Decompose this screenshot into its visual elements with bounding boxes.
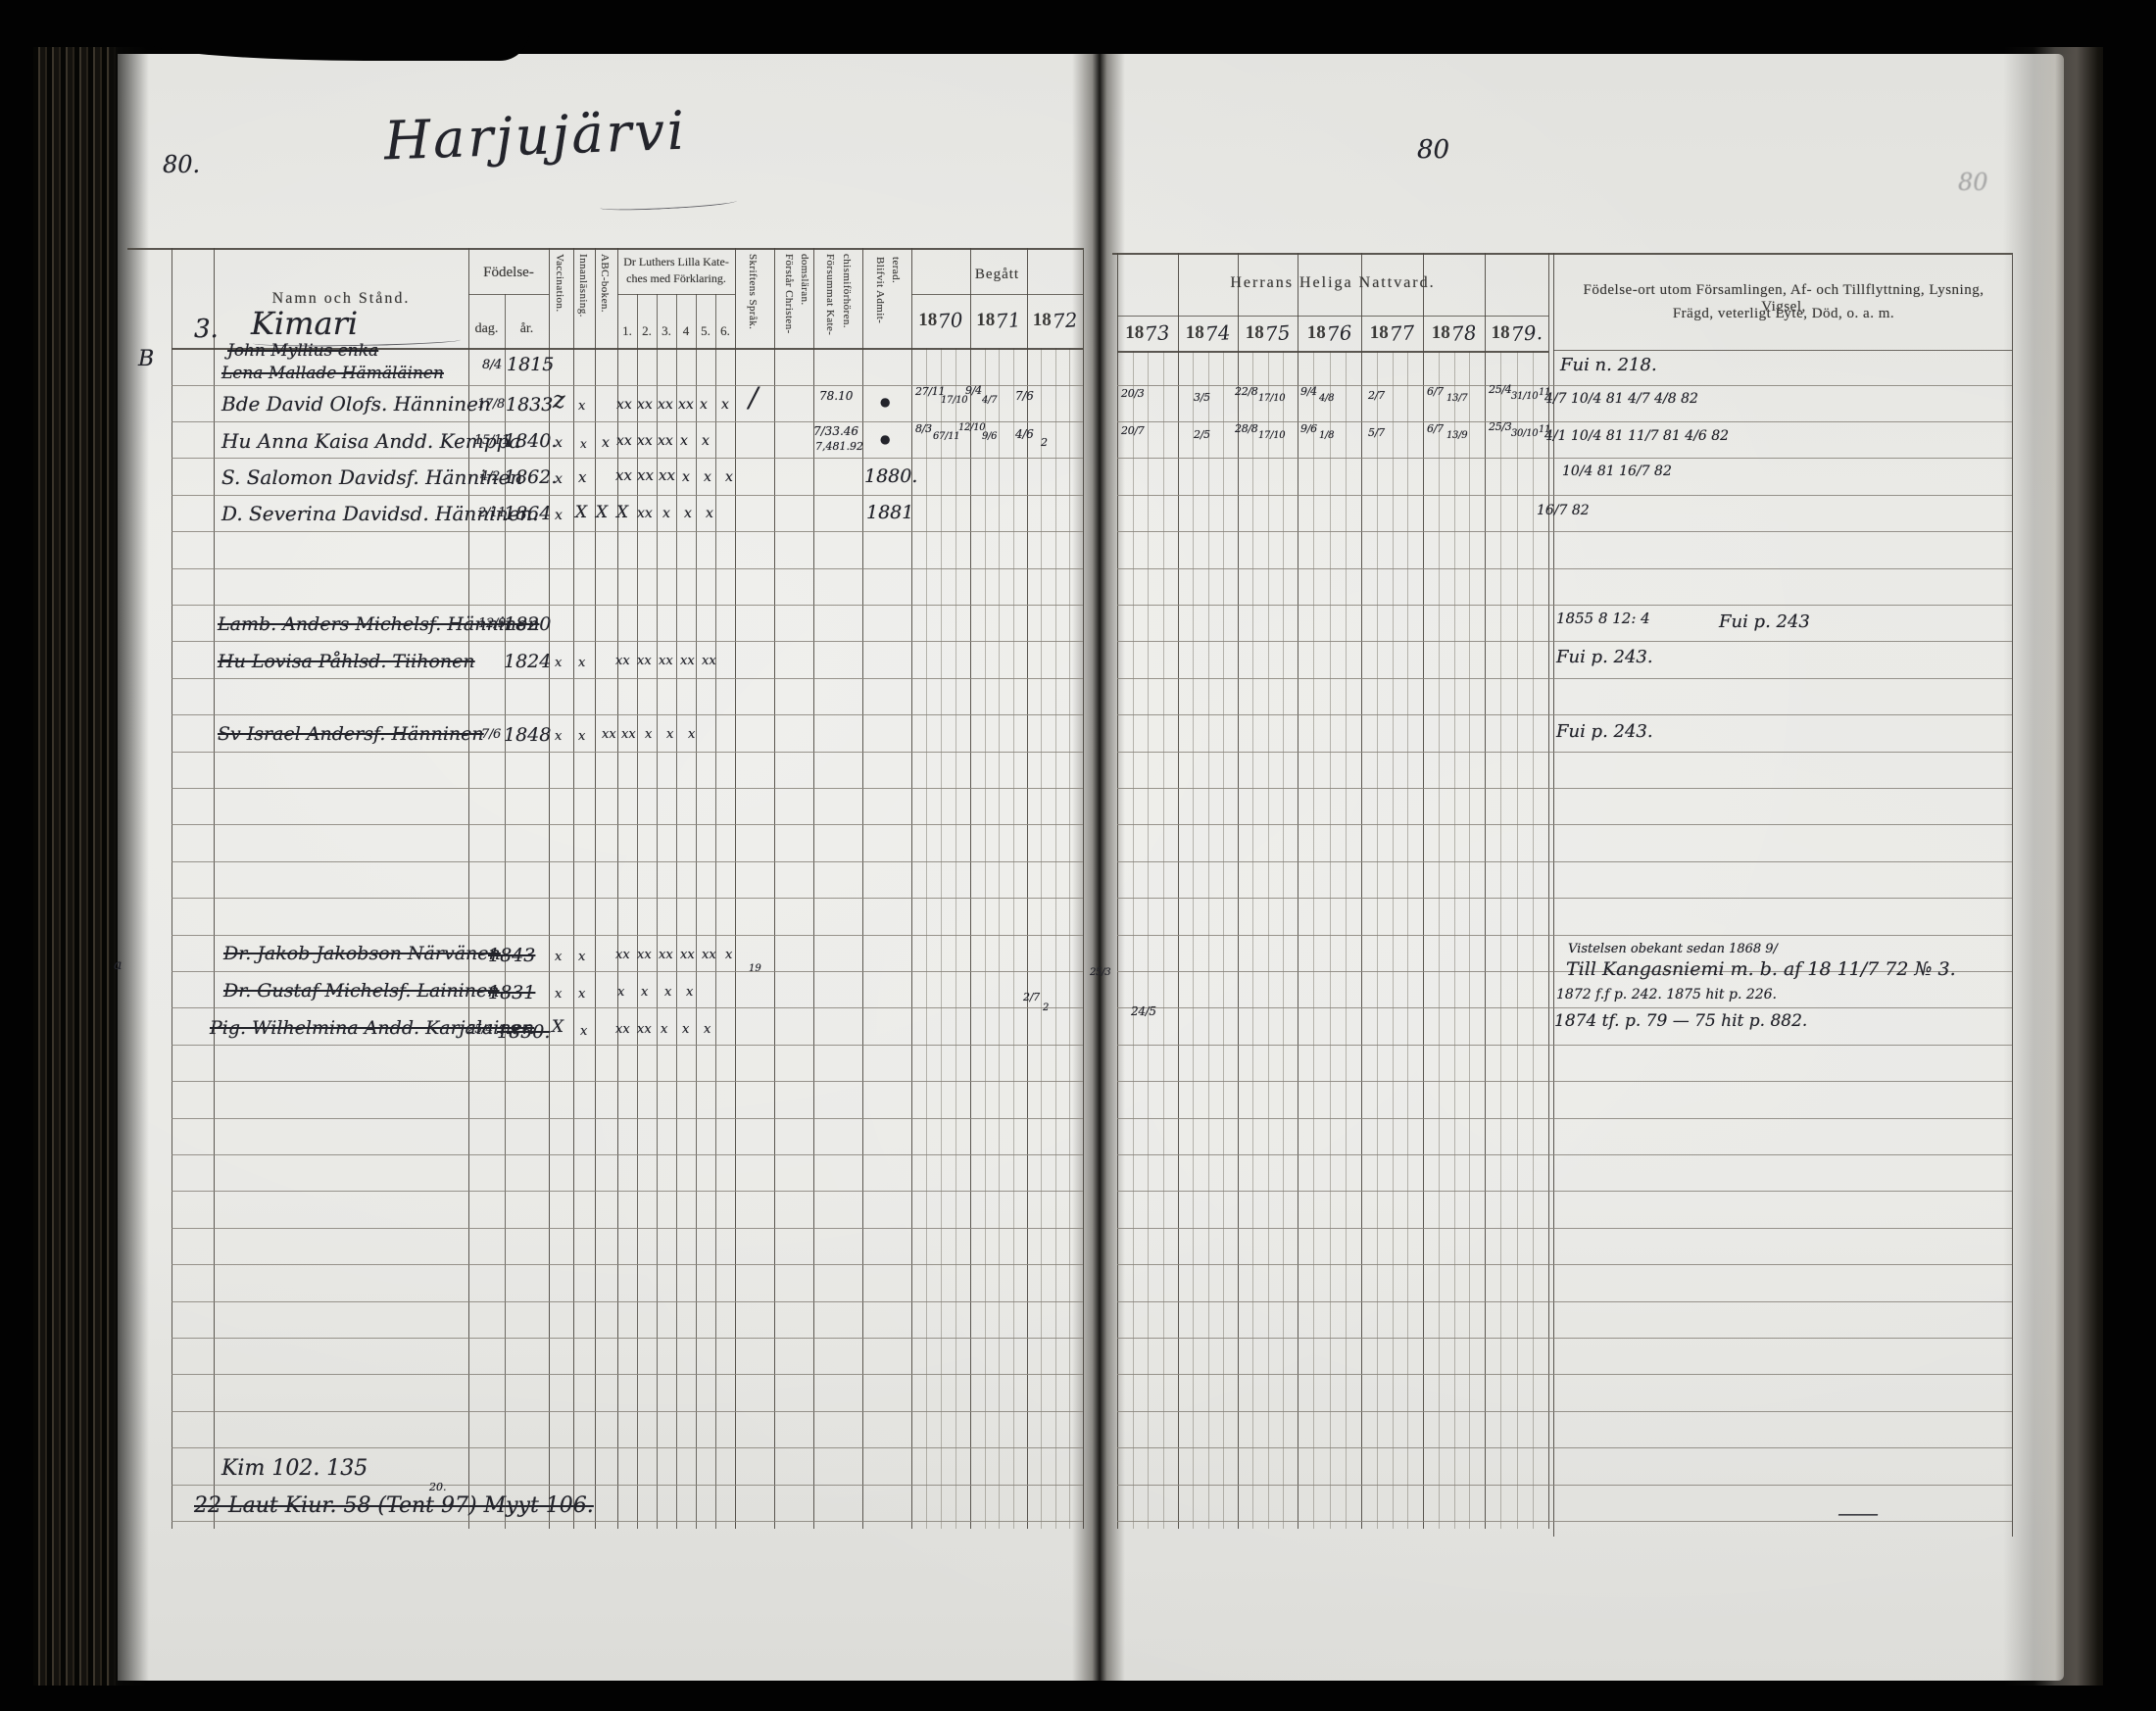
handwritten-name-row: S. Salomon Davidsf. Hänninen bbox=[221, 467, 522, 487]
grid-line bbox=[1117, 1338, 2012, 1339]
handwritten-name-row: Dr. Gustaf Michelsf. Laininen bbox=[223, 982, 499, 1001]
handwritten-mark: 2/7 bbox=[1368, 390, 1385, 401]
handwritten-note: 4/7 10/4 81 4/7 4/8 82 bbox=[1544, 392, 1698, 406]
grid-line bbox=[171, 1081, 1083, 1082]
grid-line bbox=[1268, 351, 1269, 1529]
col-header-forstar-2: domsläran. bbox=[799, 254, 810, 346]
year-printed-prefix: 18 bbox=[918, 310, 937, 331]
grid-line bbox=[171, 678, 1083, 679]
handwritten-mark: 1820 bbox=[504, 615, 551, 634]
year-header: 1879. bbox=[1485, 318, 1548, 349]
col-header-forstar-1: Förstår Christen- bbox=[783, 254, 795, 346]
handwritten-mark: x bbox=[725, 470, 733, 484]
handwritten-admitted-year: 1880. bbox=[864, 467, 917, 486]
grid-line bbox=[1133, 351, 1134, 1529]
grid-line bbox=[1117, 351, 1548, 353]
handwritten-mark: 20/3 bbox=[1121, 388, 1145, 399]
year-handwritten-suffix: 79. bbox=[1510, 320, 1543, 346]
handwritten-mark: 17/10 bbox=[941, 396, 967, 406]
handwritten-mark: 30/10 bbox=[1511, 429, 1538, 439]
handwritten-name-row: Hu Lovisa Påhlsd. Tiihonen bbox=[218, 653, 475, 671]
handwritten-mark: x bbox=[721, 398, 729, 412]
handwritten-name-row: Dr. Jakob Jakobson Närvänen bbox=[223, 945, 501, 963]
handwritten-mark: 1831 bbox=[488, 984, 535, 1002]
year-header: 1873 bbox=[1117, 318, 1178, 349]
handwritten-mark: X bbox=[575, 505, 587, 521]
handwritten-mark: 24/5 bbox=[1131, 1005, 1156, 1017]
handwritten-mark: 6/7 bbox=[1427, 423, 1444, 434]
handwritten-mark: xx bbox=[659, 949, 673, 961]
handwritten-bottom-note: Kim 102. 135 bbox=[221, 1458, 367, 1480]
grid-line bbox=[171, 1264, 1083, 1265]
grid-line bbox=[1208, 351, 1209, 1529]
grid-line bbox=[2012, 253, 2013, 1537]
handwritten-margin-letter: a bbox=[114, 958, 122, 972]
handwritten-mark: x bbox=[555, 509, 563, 522]
handwritten-mark: xx bbox=[616, 434, 632, 448]
grid-line bbox=[1117, 531, 2012, 532]
handwritten-mark: x bbox=[664, 986, 671, 999]
grid-line bbox=[911, 294, 1083, 295]
handwritten-note: 1855 8 12: 4 bbox=[1556, 611, 1650, 626]
handwritten-mark: 31/10 bbox=[1511, 392, 1538, 402]
grid-line bbox=[1117, 752, 2012, 753]
grid-line bbox=[1041, 348, 1042, 1529]
grid-line bbox=[676, 294, 677, 1529]
grid-line bbox=[1117, 861, 2012, 862]
handwritten-mark: 20/7 bbox=[1121, 425, 1145, 436]
scan-background-bottom bbox=[0, 1680, 2156, 1711]
handwritten-mark: x bbox=[580, 1025, 587, 1038]
year-printed-prefix: 18 bbox=[976, 310, 995, 331]
handwritten-mark: 1862. bbox=[504, 468, 557, 487]
grid-line bbox=[1117, 1485, 2012, 1486]
grid-line bbox=[171, 1338, 1083, 1339]
grid-line bbox=[171, 421, 1083, 422]
handwritten-mark: 25/3 bbox=[1090, 968, 1110, 978]
grid-line bbox=[1252, 351, 1253, 1529]
grid-line bbox=[926, 348, 927, 1529]
handwritten-mark: 2 bbox=[1043, 1003, 1049, 1013]
handwritten-mark: 9/6 bbox=[982, 432, 997, 442]
handwritten-mark: x bbox=[645, 728, 652, 741]
grid-line bbox=[171, 971, 1083, 972]
handwritten-mark: 1833 bbox=[506, 396, 553, 415]
year-header: 1871 bbox=[970, 296, 1027, 345]
handwritten-mark: 1864 bbox=[504, 505, 551, 523]
handwritten-name-row: Bde David Olofs. Hänninen bbox=[221, 394, 491, 414]
handwritten-mark: 4/7 bbox=[982, 396, 997, 406]
col-header-fodelse: Födelse- bbox=[468, 265, 549, 281]
grid-line bbox=[1117, 1007, 2012, 1008]
col-header-dag: dag. bbox=[468, 321, 505, 337]
handwritten-mark: X bbox=[616, 505, 628, 521]
year-printed-prefix: 18 bbox=[1370, 322, 1389, 344]
year-handwritten-suffix: 73 bbox=[1144, 320, 1170, 346]
col-header-katekes-line1: Dr Luthers Lilla Kate- bbox=[617, 255, 735, 270]
grid-line bbox=[1117, 1118, 2012, 1119]
handwritten-mark: xx bbox=[637, 507, 653, 520]
katekes-col-number: 5. bbox=[696, 323, 715, 339]
year-header: 1870 bbox=[911, 296, 970, 345]
handwritten-margin-letter: B bbox=[138, 349, 154, 370]
handwritten-note: Fui p. 243. bbox=[1556, 649, 1653, 666]
handwritten-mark: 8/3 bbox=[915, 423, 932, 434]
handwritten-mark: 4/2 bbox=[480, 470, 500, 483]
handwritten-mark: 2/11 bbox=[478, 507, 506, 519]
handwritten-name-row: John Myllius enka bbox=[227, 343, 378, 360]
handwritten-mark: 28/8 bbox=[1235, 423, 1258, 434]
page-number-left: 80. bbox=[163, 153, 200, 176]
grid-line bbox=[1193, 351, 1194, 1529]
grid-line bbox=[1407, 351, 1408, 1529]
handwritten-mark: x bbox=[578, 470, 586, 485]
col-header-namn: Namn och Stånd. bbox=[214, 290, 468, 308]
grid-line bbox=[1330, 351, 1331, 1529]
handwritten-mark: 2/5 bbox=[1194, 429, 1210, 440]
handwritten-mark: 67/11 bbox=[933, 432, 959, 442]
handwritten-mark: x bbox=[555, 951, 562, 963]
grid-line bbox=[1117, 316, 1548, 317]
grid-line bbox=[1148, 351, 1149, 1529]
year-handwritten-suffix: 70 bbox=[937, 308, 963, 333]
handwritten-mark: 20. bbox=[429, 1482, 447, 1492]
handwritten-mark: xx bbox=[637, 1023, 652, 1036]
year-handwritten-suffix: 75 bbox=[1264, 320, 1291, 346]
grid-line bbox=[1517, 351, 1518, 1529]
grid-line bbox=[1117, 898, 2012, 899]
handwritten-stroke: ―― bbox=[1838, 1503, 1878, 1523]
handwritten-mark: x bbox=[682, 470, 690, 484]
handwritten-mark: x bbox=[702, 434, 710, 448]
handwritten-bottom-note-crossed: 22 Laut Kiur. 58 (Tent 97) Myyt 106. bbox=[194, 1495, 594, 1517]
grid-line bbox=[1469, 351, 1470, 1529]
year-header: 1876 bbox=[1298, 318, 1361, 349]
grid-line bbox=[171, 495, 1083, 496]
book-left-edge-shadow bbox=[110, 47, 149, 1686]
handwritten-mark: 19 bbox=[749, 964, 761, 974]
grid-line bbox=[1117, 1228, 2012, 1229]
handwritten-mark: 7/33.46 bbox=[813, 425, 858, 437]
handwritten-mark: 22/8 bbox=[1235, 386, 1258, 397]
grid-line bbox=[617, 294, 735, 295]
scan-background-left bbox=[0, 0, 37, 1711]
handwritten-mark: x bbox=[704, 470, 711, 484]
grid-line bbox=[171, 1118, 1083, 1119]
notes-header-line2: Frägd, veterligt Lyte, Död, o. a. m. bbox=[1568, 306, 1999, 322]
handwritten-mark: xx bbox=[659, 468, 675, 483]
year-handwritten-suffix: 71 bbox=[995, 308, 1021, 333]
year-header: 1878 bbox=[1423, 318, 1485, 349]
year-printed-prefix: 18 bbox=[1186, 322, 1204, 344]
handwritten-mark: xx bbox=[702, 655, 716, 667]
handwritten-mark: x bbox=[578, 730, 585, 743]
handwritten-mark: x bbox=[555, 730, 562, 743]
grid-line bbox=[1117, 1301, 2012, 1302]
grid-line bbox=[985, 348, 986, 1529]
grid-line bbox=[171, 531, 1083, 532]
col-header-abc-boken: ABC-boken. bbox=[599, 254, 611, 346]
grid-line bbox=[171, 568, 1083, 569]
grid-line bbox=[1553, 350, 2012, 351]
col-header-innanlasning: Innanläsning. bbox=[577, 254, 589, 346]
handwritten-mark: xx bbox=[615, 468, 632, 483]
handwritten-mark: 7/6 bbox=[1015, 390, 1033, 402]
col-header-nattvard: Herrans Heliga Nattvard. bbox=[1117, 274, 1548, 292]
handwritten-mark: x bbox=[700, 398, 708, 412]
grid-line bbox=[1117, 458, 2012, 459]
handwritten-mark: x bbox=[666, 728, 673, 741]
year-header: 1874 bbox=[1178, 318, 1238, 349]
grid-line bbox=[171, 605, 1083, 606]
grid-line bbox=[999, 348, 1000, 1529]
grid-line bbox=[1553, 253, 1554, 1537]
handwritten-mark: X bbox=[596, 505, 608, 521]
handwritten-mark: 1824 bbox=[504, 653, 551, 671]
handwritten-admitted-year: 1881 bbox=[866, 504, 913, 522]
grid-line bbox=[696, 294, 697, 1529]
handwritten-mark: 1848 bbox=[504, 726, 551, 745]
col-header-begatt: Begått bbox=[911, 267, 1083, 283]
handwritten-mark: 9/4 bbox=[1300, 386, 1317, 397]
grid-line bbox=[171, 1191, 1083, 1192]
handwritten-mark: x bbox=[578, 657, 585, 669]
handwritten-mark: x bbox=[688, 728, 695, 741]
handwritten-mark: 4/6 bbox=[1015, 428, 1033, 440]
grid-line bbox=[1117, 1264, 2012, 1265]
scan-background-right bbox=[2103, 0, 2156, 1711]
handwritten-mark: x bbox=[661, 1023, 667, 1036]
grid-line bbox=[1013, 348, 1014, 1529]
section-number: 3. bbox=[194, 317, 219, 342]
grid-line bbox=[171, 1485, 1083, 1486]
grid-line bbox=[657, 294, 658, 1529]
handwritten-note: Fui p. 243. bbox=[1556, 723, 1653, 741]
handwritten-mark: xx bbox=[678, 398, 694, 412]
handwritten-note: 10/4 81 16/7 82 bbox=[1562, 464, 1672, 478]
handwritten-mark: x bbox=[704, 1023, 710, 1036]
katekes-col-number: 4 bbox=[676, 323, 696, 339]
grid-line bbox=[171, 1045, 1083, 1046]
year-handwritten-suffix: 77 bbox=[1389, 320, 1415, 346]
year-header: 1875 bbox=[1238, 318, 1298, 349]
grid-line bbox=[1117, 935, 2012, 936]
grid-line bbox=[955, 348, 956, 1529]
handwritten-mark: 25/3 bbox=[1489, 421, 1512, 432]
grid-line bbox=[1117, 1045, 2012, 1046]
grid-line bbox=[171, 1301, 1083, 1302]
grid-line bbox=[1117, 1154, 2012, 1155]
handwritten-mark: x bbox=[680, 434, 688, 448]
handwritten-mark: 6/7 bbox=[1427, 386, 1444, 397]
year-handwritten-suffix: 78 bbox=[1450, 320, 1477, 346]
grid-line bbox=[1117, 678, 2012, 679]
handwritten-mark: 13/7 bbox=[1446, 394, 1467, 404]
scanned-book-spread: 80. 80 80 Harjujärvi 3. Kimari Namn och … bbox=[0, 0, 2156, 1711]
grid-line bbox=[1117, 641, 2012, 642]
handwritten-mark: x bbox=[686, 986, 693, 999]
grid-line bbox=[1117, 568, 2012, 569]
grid-line bbox=[171, 1007, 1083, 1008]
grid-line bbox=[171, 1374, 1083, 1375]
handwritten-mark: 25/4 bbox=[1489, 384, 1512, 395]
handwritten-mark: xx bbox=[615, 949, 630, 961]
grid-line bbox=[1377, 351, 1378, 1529]
year-printed-prefix: 18 bbox=[1432, 322, 1450, 344]
grid-line bbox=[1117, 1447, 2012, 1448]
col-header-skriftens: Skriftens Språk. bbox=[747, 254, 759, 346]
handwritten-mark: 9/4 bbox=[965, 385, 982, 396]
grid-line bbox=[1454, 351, 1455, 1529]
year-handwritten-suffix: 76 bbox=[1326, 320, 1352, 346]
year-header: 1877 bbox=[1361, 318, 1423, 349]
grid-line bbox=[1117, 824, 2012, 825]
handwritten-mark: x bbox=[578, 400, 585, 413]
handwritten-mark: xx bbox=[659, 655, 673, 667]
grid-line bbox=[1533, 351, 1534, 1529]
handwritten-mark: 2 bbox=[1041, 437, 1048, 448]
handwritten-mark: 12/9 bbox=[478, 617, 506, 630]
grid-line bbox=[171, 788, 1083, 789]
grid-line bbox=[171, 1447, 1083, 1448]
handwritten-mark: x bbox=[555, 472, 563, 486]
handwritten-mark: xx bbox=[702, 949, 716, 961]
katekes-col-number: 2. bbox=[637, 323, 657, 339]
handwritten-mark: 1/8 bbox=[1319, 431, 1334, 441]
grid-line bbox=[1313, 351, 1314, 1529]
handwritten-name-row: Sv Israel Andersf. Hänninen bbox=[218, 725, 484, 744]
handwritten-mark: x bbox=[725, 949, 732, 961]
handwritten-note: Fui n. 218. bbox=[1560, 357, 1657, 374]
grid-line bbox=[127, 248, 1083, 250]
handwritten-mark: 4/8 bbox=[1319, 394, 1334, 404]
handwritten-mark: x bbox=[578, 988, 585, 1001]
col-header-blifvit-1: Blifvit Admit- bbox=[874, 257, 886, 345]
handwritten-mark: 1815 bbox=[507, 356, 554, 374]
handwritten-mark: x bbox=[662, 507, 670, 520]
grid-line bbox=[1083, 248, 1084, 1529]
handwritten-mark: xx bbox=[637, 655, 652, 667]
grid-line bbox=[1117, 1191, 2012, 1192]
grid-line bbox=[171, 898, 1083, 899]
grid-line bbox=[1117, 605, 2012, 606]
page-title: Harjujärvi bbox=[383, 105, 688, 169]
handwritten-mark: 1843 bbox=[488, 947, 535, 965]
handwritten-mark: x bbox=[641, 986, 648, 999]
handwritten-mark: xx bbox=[616, 398, 632, 412]
handwritten-name-row: Lena Mallade Hämäläinen bbox=[221, 366, 444, 382]
grid-line bbox=[171, 824, 1083, 825]
grid-line bbox=[1112, 253, 2012, 255]
year-printed-prefix: 18 bbox=[1033, 310, 1052, 331]
handwritten-mark: 1850. bbox=[497, 1023, 550, 1042]
handwritten-mark: xx bbox=[637, 434, 653, 448]
year-printed-prefix: 18 bbox=[1246, 322, 1264, 344]
grid-line bbox=[171, 1154, 1083, 1155]
handwritten-mark: 13/9 bbox=[1446, 431, 1467, 441]
grid-line bbox=[1055, 348, 1056, 1529]
year-printed-prefix: 18 bbox=[1125, 322, 1144, 344]
grid-line bbox=[1346, 351, 1347, 1529]
handwritten-mark: ● bbox=[880, 433, 890, 445]
grid-line bbox=[941, 348, 942, 1529]
grid-line bbox=[171, 641, 1083, 642]
page-number-right: 80 bbox=[1417, 137, 1449, 163]
handwritten-mark: 78.10 bbox=[819, 390, 853, 402]
col-header-katekes-line2: ches med Förklaring. bbox=[617, 271, 735, 287]
handwritten-mark: 7,481.92 bbox=[815, 441, 863, 452]
handwritten-mark: x bbox=[555, 436, 563, 450]
grid-line bbox=[1500, 351, 1501, 1529]
grid-line bbox=[171, 935, 1083, 936]
handwritten-mark: x bbox=[555, 657, 562, 669]
handwritten-mark: 17/10 bbox=[1258, 394, 1285, 404]
handwritten-note: Till Kangasniemi m. b. af 18 11/7 72 № 3… bbox=[1566, 960, 1956, 979]
grid-line bbox=[1439, 351, 1440, 1529]
grid-line bbox=[468, 294, 549, 295]
year-printed-prefix: 18 bbox=[1307, 322, 1326, 344]
handwritten-mark: 2/7 bbox=[1023, 992, 1040, 1002]
handwritten-note: 1872 f.f p. 242. 1875 hit p. 226. bbox=[1556, 988, 1777, 1002]
grid-line bbox=[715, 294, 716, 1529]
handwritten-mark: x bbox=[617, 986, 624, 999]
handwritten-mark: xx bbox=[637, 398, 653, 412]
year-header: 1872 bbox=[1027, 296, 1083, 345]
handwritten-note: 1874 tf. p. 79 — 75 hit p. 882. bbox=[1554, 1013, 1807, 1030]
handwritten-note: 16/7 82 bbox=[1537, 504, 1590, 517]
grid-line bbox=[1117, 1411, 2012, 1412]
col-header-forsummat-2: chismiförhören. bbox=[841, 254, 853, 346]
handwritten-note: Fui p. 243 bbox=[1719, 613, 1810, 631]
handwritten-mark: 7/6 bbox=[481, 728, 501, 741]
grid-line bbox=[1117, 714, 2012, 715]
handwritten-mark: ● bbox=[880, 396, 890, 408]
handwritten-note: 4/1 10/4 81 11/7 81 4/6 82 bbox=[1544, 429, 1729, 443]
katekes-col-number: 3. bbox=[657, 323, 676, 339]
handwritten-mark: xx bbox=[680, 949, 695, 961]
grid-line bbox=[1117, 788, 2012, 789]
grid-line bbox=[171, 861, 1083, 862]
handwritten-mark: 5/7 bbox=[1368, 427, 1385, 438]
grid-line bbox=[1283, 351, 1284, 1529]
handwritten-mark: 1840. bbox=[504, 432, 557, 451]
handwritten-mark: xx bbox=[680, 655, 695, 667]
handwritten-mark: x bbox=[580, 438, 587, 450]
handwritten-mark: x bbox=[684, 507, 692, 520]
handwritten-mark: X bbox=[552, 1019, 563, 1036]
year-printed-prefix: 18 bbox=[1492, 322, 1510, 344]
handwritten-mark: xx bbox=[615, 1023, 630, 1036]
handwritten-mark: 17/8 bbox=[477, 398, 505, 411]
grid-line bbox=[1117, 495, 2012, 496]
handwritten-mark: 3/5 bbox=[1194, 392, 1210, 403]
section-name: Kimari bbox=[251, 308, 358, 339]
grid-line bbox=[1117, 1374, 2012, 1375]
handwritten-mark: z bbox=[553, 388, 565, 412]
grid-line bbox=[171, 1521, 1083, 1522]
handwritten-mark: xx bbox=[621, 728, 636, 741]
grid-line bbox=[1223, 351, 1224, 1529]
col-header-vaccination: Vaccination. bbox=[554, 254, 565, 346]
handwritten-mark: 25/4 bbox=[467, 1023, 493, 1035]
grid-line bbox=[1117, 1521, 2012, 1522]
handwritten-mark: x bbox=[706, 507, 713, 520]
handwritten-mark: 17/10 bbox=[1258, 431, 1285, 441]
col-header-forsummat-1: Försummat Kate- bbox=[824, 254, 836, 346]
grid-line bbox=[171, 385, 1083, 386]
grid-line bbox=[1163, 351, 1164, 1529]
handwritten-mark: 9/6 bbox=[1300, 423, 1317, 434]
